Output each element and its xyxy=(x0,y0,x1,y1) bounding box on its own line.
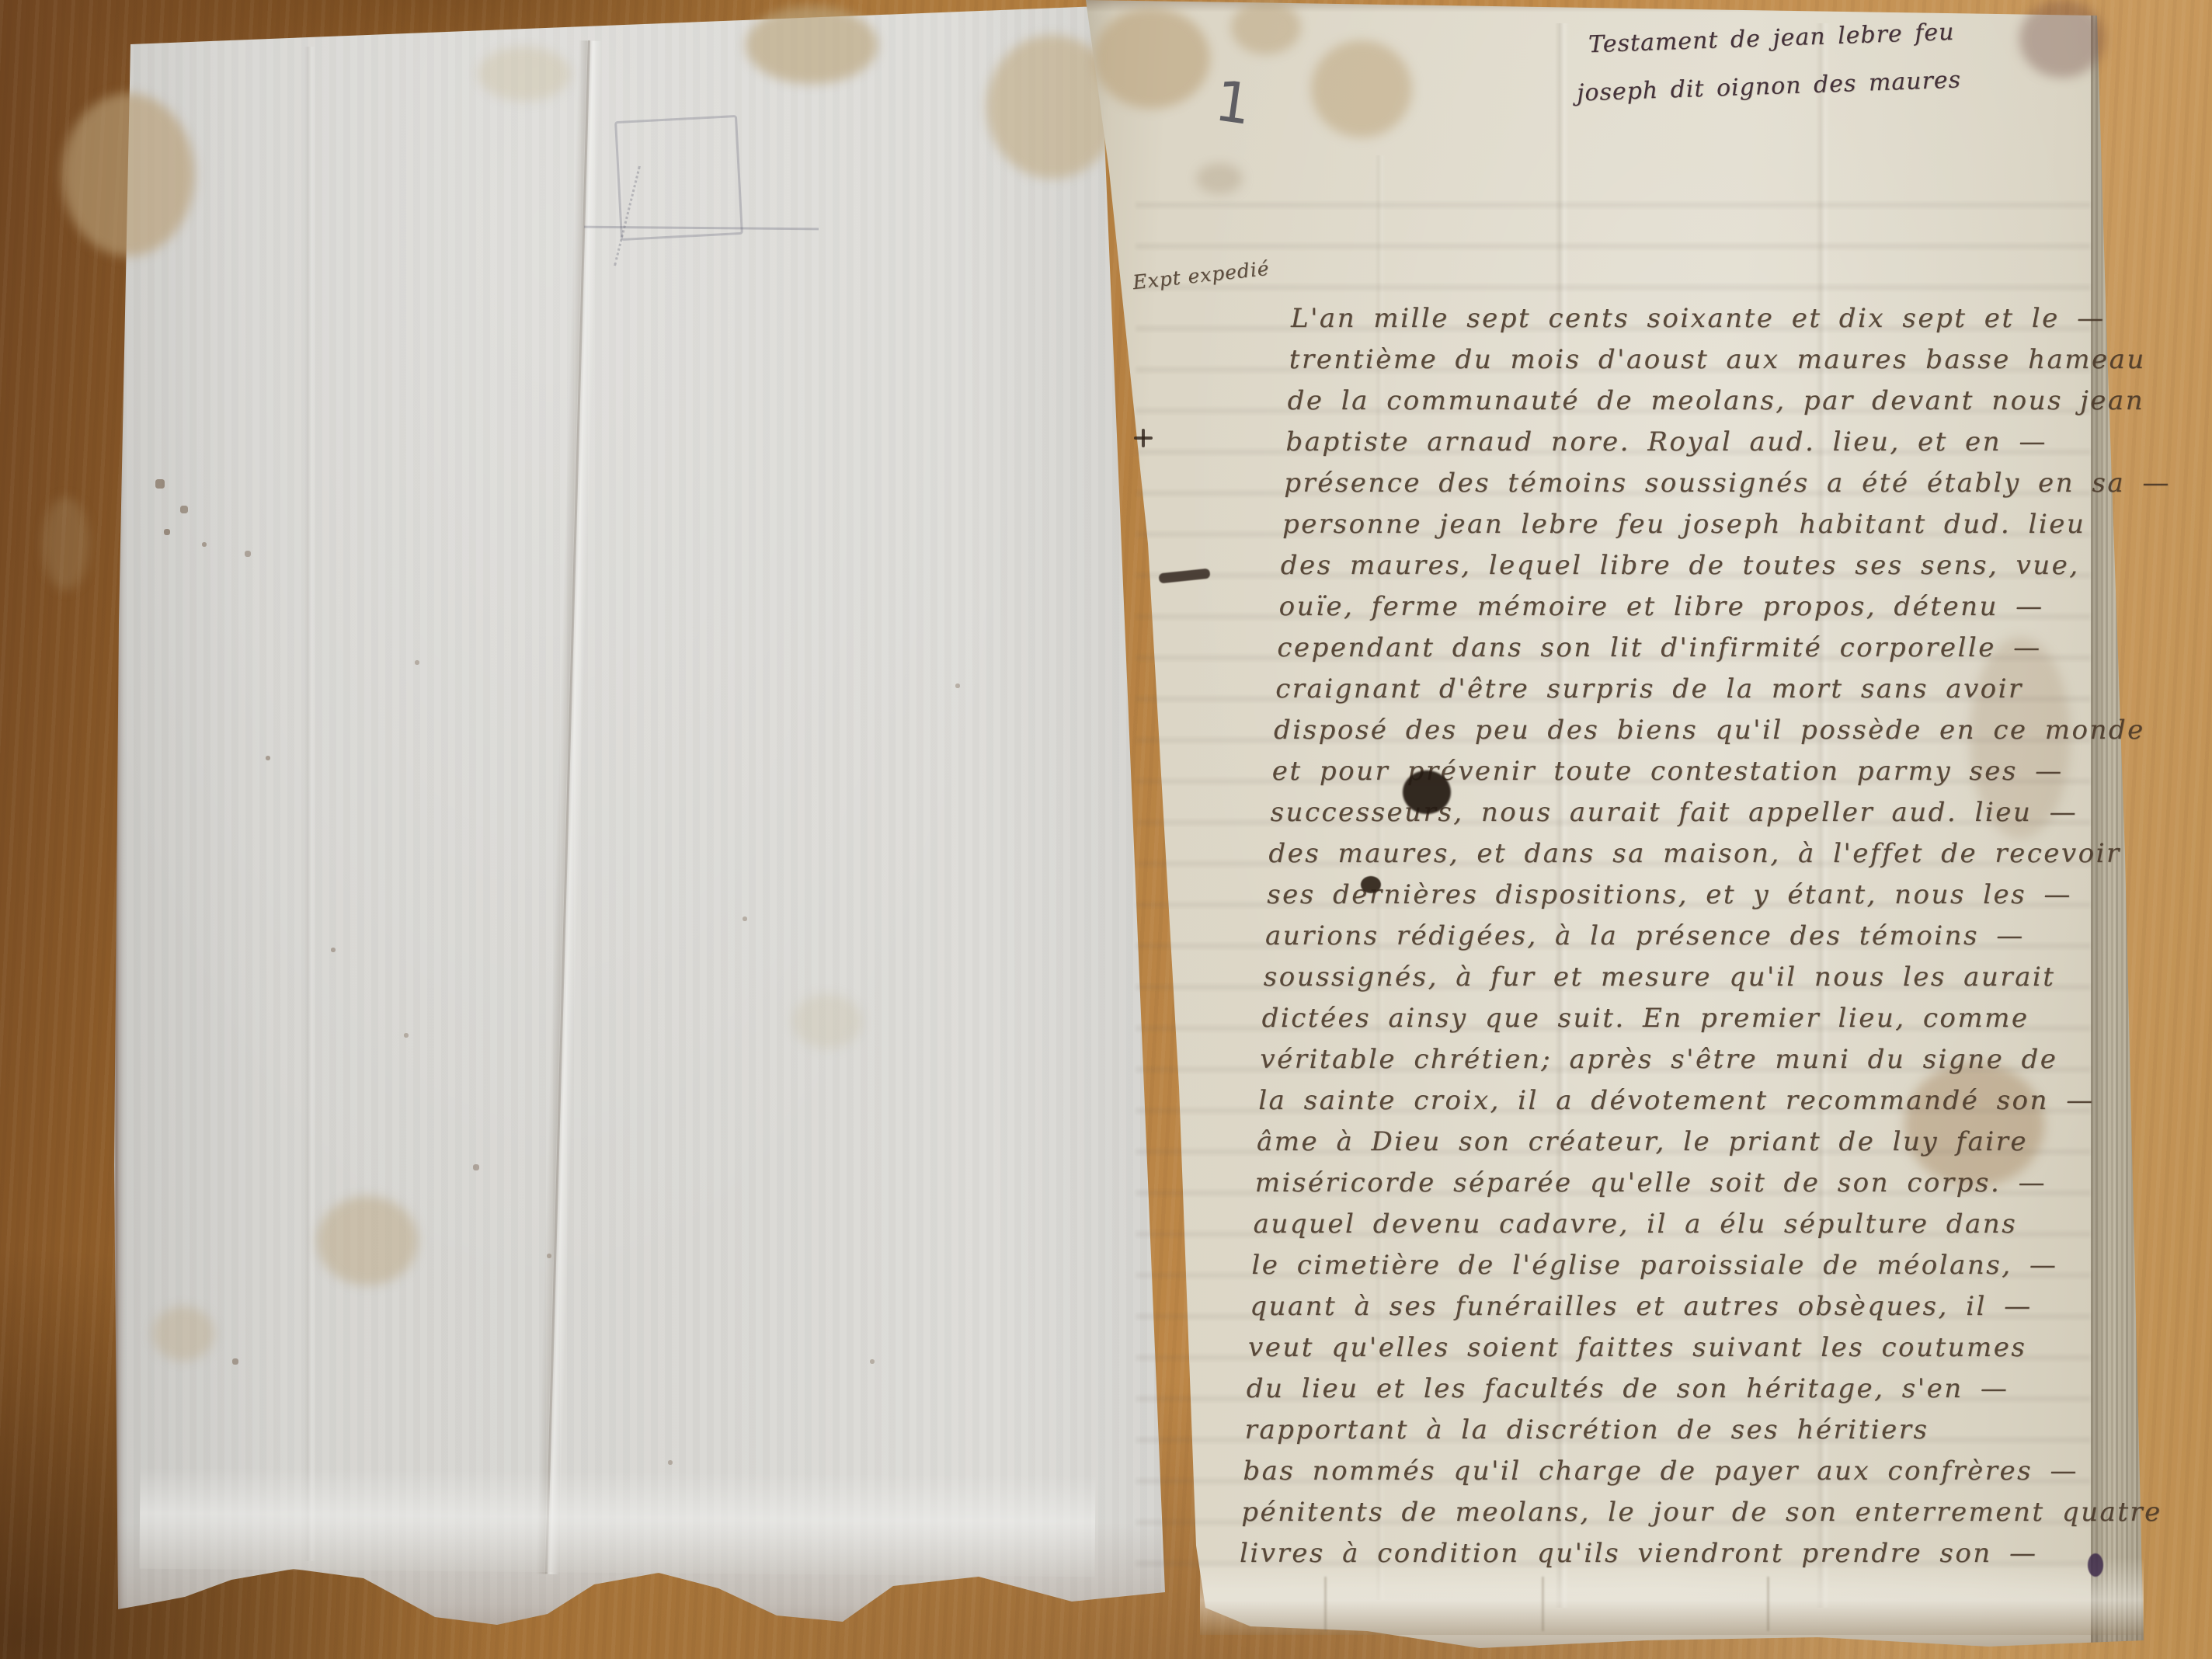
manuscript-line: livres à condition qu'ils viendront pren… xyxy=(1240,1538,2038,1569)
manuscript-line: dictées ainsy que suit. En premier lieu,… xyxy=(1262,1003,2029,1034)
bottom-wrinkle xyxy=(1324,1577,1327,1631)
manuscript-line: craignant d'être surpris de la mort sans… xyxy=(1275,673,2023,704)
manuscript-line: quant à ses funérailles et autres obsèqu… xyxy=(1250,1291,2033,1322)
stain xyxy=(152,1306,214,1361)
manuscript-line: le cimetière de l'église paroissiale de … xyxy=(1251,1250,2057,1281)
manuscript-line: véritable chrétien; après s'être muni du… xyxy=(1260,1044,2057,1075)
manuscript-line: auquel devenu cadavre, il a élu sépultur… xyxy=(1254,1209,2018,1240)
manuscript-line: rapportant à la discrétion de ses hériti… xyxy=(1245,1414,1929,1445)
manuscript-line: présence des témoins soussignés a été ét… xyxy=(1284,468,2171,499)
manuscript-line: aurions rédigées, à la présence des témo… xyxy=(1265,920,2025,951)
stain xyxy=(317,1196,418,1285)
manuscript-line: L'an mille sept cents soixante et dix se… xyxy=(1291,303,2106,334)
bottom-wrinkle xyxy=(1767,1577,1769,1631)
left-page-faint-crease xyxy=(304,47,315,1561)
manuscript-line: âme à Dieu son créateur, le priant de lu… xyxy=(1257,1126,2028,1157)
manuscript-line: trentième du mois d'aoust aux maures bas… xyxy=(1289,344,2146,375)
manuscript-line: baptiste arnaud nore. Royal aud. lieu, e… xyxy=(1285,426,2047,457)
stain xyxy=(2019,0,2105,78)
manuscript-line: miséricorde séparée qu'elle soit de son … xyxy=(1255,1167,2047,1198)
manuscript-line: du lieu et les facultés de son héritage,… xyxy=(1247,1373,2009,1404)
stain xyxy=(1094,8,1210,109)
stain xyxy=(43,497,89,590)
manuscript-line: veut qu'elles soient faittes suivant les… xyxy=(1248,1332,2026,1363)
manuscript-line: ouïe, ferme mémoire et libre propos, dét… xyxy=(1279,591,2044,622)
manuscript-line: successeurs, nous aurait fait appeller a… xyxy=(1271,797,2078,828)
foxing-speckles xyxy=(0,0,2,2)
ink-blot-large xyxy=(1403,770,1451,814)
stain xyxy=(746,6,878,84)
manuscript-line: disposé des peu des biens qu'il possède … xyxy=(1274,715,2145,746)
left-page xyxy=(113,0,1200,1639)
manuscript-line: cependant dans son lit d'infirmité corpo… xyxy=(1277,632,2041,663)
stain xyxy=(478,47,571,101)
manuscript-line: des maures, et dans sa maison, à l'effet… xyxy=(1268,838,2120,869)
manuscript-photo: Testament de jean lebre feu joseph dit o… xyxy=(0,0,2212,1659)
manuscript-line: bas nommés qu'il charge de payer aux con… xyxy=(1243,1456,2078,1487)
manuscript-line: la sainte croix, il a dévotement recomma… xyxy=(1258,1085,2095,1116)
ink-blot-small xyxy=(1361,876,1381,893)
stain xyxy=(62,93,194,256)
bottom-wrinkle xyxy=(1542,1577,1544,1631)
stain xyxy=(1311,40,1412,137)
manuscript-line: personne jean lebre feu joseph habitant … xyxy=(1282,509,2085,540)
left-page-bottom-curl-highlight xyxy=(139,1468,1095,1577)
ink-mark-line-end xyxy=(2088,1553,2103,1577)
stain xyxy=(1231,0,1301,54)
manuscript-line: et pour prévenir toute contestation parm… xyxy=(1272,756,2064,787)
pencil-sketch-rectangle xyxy=(614,115,743,241)
manuscript-line: ses dernières dispositions, et y étant, … xyxy=(1267,879,2072,910)
margin-cross-mark xyxy=(1134,436,1153,440)
manuscript-line: de la communauté de meolans, par devant … xyxy=(1288,385,2145,416)
stain xyxy=(792,994,862,1049)
manuscript-line: pénitents de meolans, le jour de son ent… xyxy=(1241,1497,2162,1528)
right-page-bottom-curl xyxy=(1200,1557,2144,1635)
manuscript-line: des maures, lequel libre de toutes ses s… xyxy=(1281,550,2080,581)
manuscript-line: soussignés, à fur et mesure qu'il nous l… xyxy=(1264,962,2056,993)
